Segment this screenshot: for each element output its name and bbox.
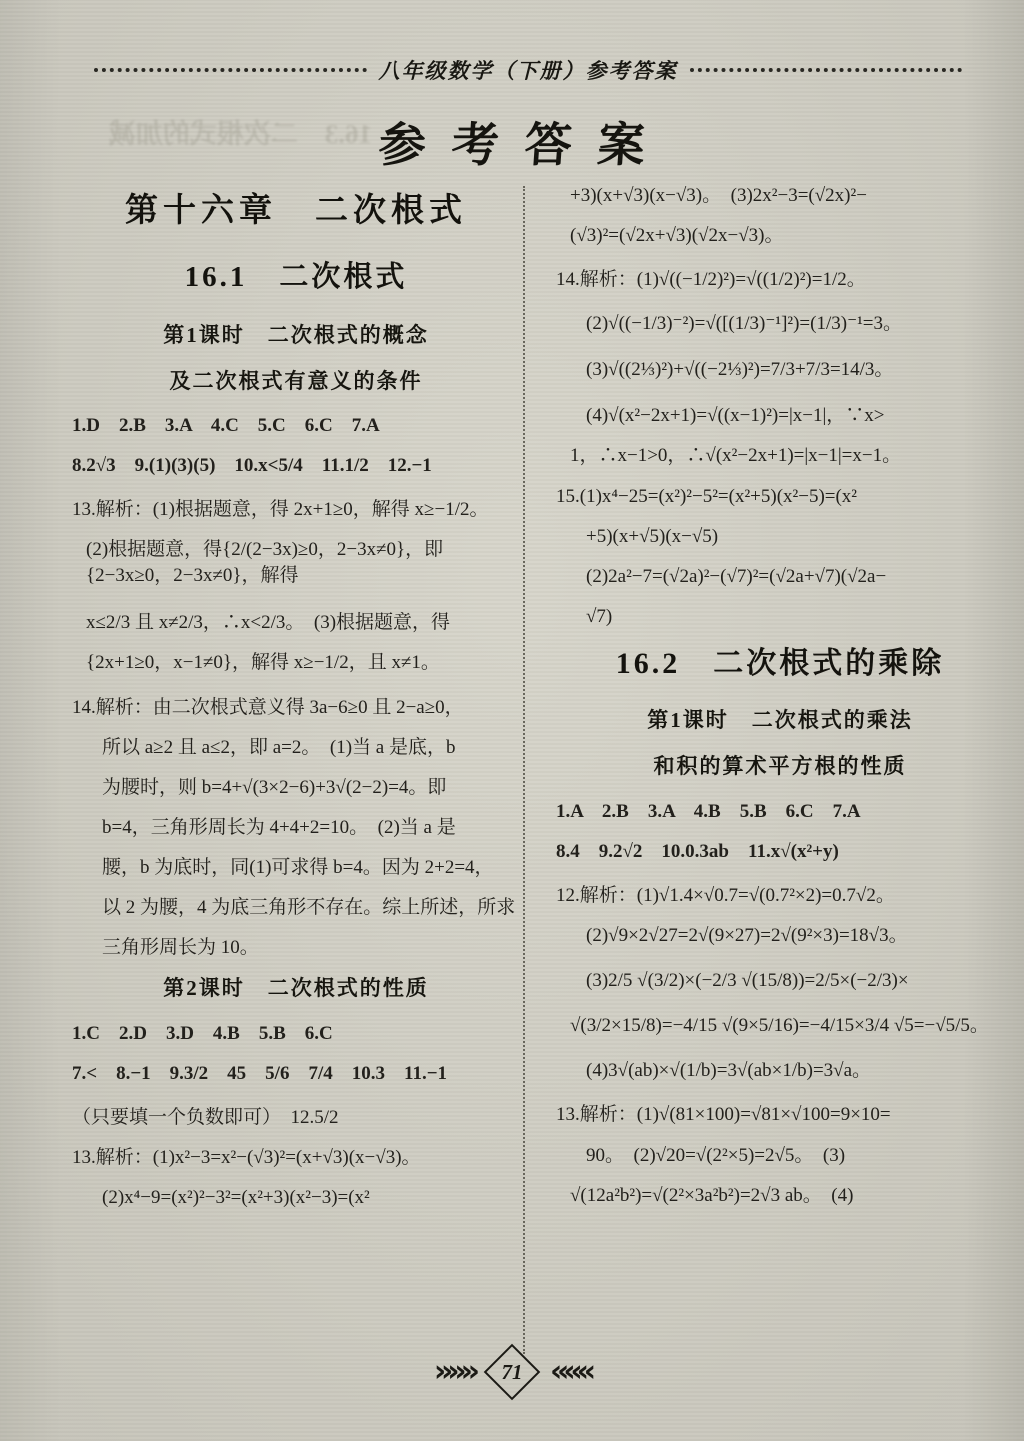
answer-line: {2x+1≥0，x−1≠0}，解得 x≥−1/2，且 x≠1。 bbox=[72, 650, 520, 675]
answer-line: 7.< 8.−1 9.3/2 45 5/6 7/4 10.3 11.−1 bbox=[72, 1061, 520, 1086]
answer-line: (√3)²=(√2x+√3)(√2x−√3)。 bbox=[556, 223, 1004, 248]
answer-line: 14.解析：(1)√((−1/2)²)=√((1/2)²)=1/2。 bbox=[556, 267, 1004, 292]
answer-line: (3)√((2⅓)²)+√((−2⅓)²)=7/3+7/3=14/3。 bbox=[556, 357, 1004, 382]
answer-line: (2)√((−1/3)⁻²)=√([(1/3)⁻¹]²)=(1/3)⁻¹=3。 bbox=[556, 311, 1004, 336]
workbook-page: 16.3 二次根式的加减 八年级数学（下册）参考答案 参考答案 第十六章 二次根… bbox=[0, 0, 1024, 1441]
answer-line: √(3/2×15/8)=−4/15 √(9×5/16)=−4/15×3/4 √5… bbox=[556, 1013, 1004, 1038]
page-header-banner: 八年级数学（下册）参考答案 bbox=[88, 56, 968, 84]
answer-line: (2)√9×2√27=2√(9×27)=2√(9²×3)=18√3。 bbox=[556, 923, 1004, 948]
chevrons-left-icon: ««« bbox=[542, 1357, 590, 1387]
answer-line: +3)(x+√3)(x−√3)。 (3)2x²−3=(√2x)²− bbox=[556, 183, 1004, 208]
answer-line: (4)3√(ab)×√(1/b)=3√(ab×1/b)=3√a。 bbox=[556, 1058, 1004, 1083]
answer-line: 13.解析：(1)√(81×100)=√81×√100=9×10= bbox=[556, 1102, 1004, 1127]
answer-line: 三角形周长为 10。 bbox=[72, 935, 520, 960]
answer-line: 1.A 2.B 3.A 4.B 5.B 6.C 7.A bbox=[556, 799, 1004, 824]
rope-rule-right bbox=[690, 68, 963, 72]
lesson-2-title: 第2课时 二次根式的性质 bbox=[72, 975, 520, 1003]
answer-line: 15.(1)x⁴−25=(x²)²−5²=(x²+5)(x²−5)=(x² bbox=[556, 484, 1004, 509]
answer-line: 13.解析：(1)x²−3=x²−(√3)²=(x+√3)(x−√3)。 bbox=[72, 1145, 520, 1170]
answer-line: x≤2/3 且 x≠2/3，∴x<2/3。 (3)根据题意，得 bbox=[72, 610, 520, 635]
right-column: +3)(x+√3)(x−√3)。 (3)2x²−3=(√2x)²− (√3)²=… bbox=[556, 183, 1004, 1223]
lesson-1-subtitle: 和积的算术平方根的性质 bbox=[556, 753, 1004, 781]
answer-line: 8.2√3 9.(1)(3)(5) 10.x<5/4 11.1/2 12.−1 bbox=[72, 453, 520, 478]
answer-line: 8.4 9.2√2 10.0.3ab 11.x√(x²+y) bbox=[556, 839, 1004, 864]
answer-line: 腰，b 为底时，同(1)可求得 b=4。因为 2+2=4， bbox=[72, 855, 520, 880]
answer-line: 1，∴x−1>0，∴√(x²−2x+1)=|x−1|=x−1。 bbox=[556, 443, 1004, 468]
lesson-1-subtitle: 及二次根式有意义的条件 bbox=[72, 368, 520, 396]
column-divider bbox=[523, 186, 525, 1354]
answer-line: 13.解析：(1)根据题意，得 2x+1≥0，解得 x≥−1/2。 bbox=[72, 497, 520, 522]
answer-line: 为腰时，则 b=4+√(3×2−6)+3√(2−2)=4。即 bbox=[72, 775, 520, 800]
section-title-16-2: 16.2 二次根式的乘除 bbox=[556, 644, 1004, 684]
answer-line: 所以 a≥2 且 a≤2，即 a=2。 (1)当 a 是底，b bbox=[72, 735, 520, 760]
answer-line: 12.解析：(1)√1.4×√0.7=√(0.7²×2)=0.7√2。 bbox=[556, 883, 1004, 908]
answer-line: (2)x⁴−9=(x²)²−3²=(x²+3)(x²−3)=(x² bbox=[72, 1185, 520, 1210]
lesson-1-title: 第1课时 二次根式的概念 bbox=[72, 322, 520, 350]
chapter-title: 第十六章 二次根式 bbox=[72, 190, 520, 234]
answer-line: 90。 (2)√20=√(2²×5)=2√5。 (3) bbox=[556, 1143, 1004, 1168]
answer-line: (4)√(x²−2x+1)=√((x−1)²)=|x−1|，∵x> bbox=[556, 403, 1004, 428]
answer-line: 以 2 为腰，4 为底三角形不存在。综上所述，所求 bbox=[72, 895, 520, 920]
answer-line: 1.C 2.D 3.D 4.B 5.B 6.C bbox=[72, 1021, 520, 1046]
chevrons-right-icon: »»» bbox=[434, 1357, 482, 1387]
section-title-16-1: 16.1 二次根式 bbox=[72, 258, 520, 296]
answer-line: (2)2a²−7=(√2a)²−(√7)²=(√2a+√7)(√2a− bbox=[556, 564, 1004, 589]
page-number: 71 bbox=[502, 1360, 523, 1385]
answer-line: 1.D 2.B 3.A 4.C 5.C 6.C 7.A bbox=[72, 413, 520, 438]
lesson-1-title: 第1课时 二次根式的乘法 bbox=[556, 707, 1004, 735]
answer-line: (2)根据题意，得{2/(2−3x)≥0，2−3x≠0}，即{2−3x≥0，2−… bbox=[72, 537, 520, 587]
rope-rule-left bbox=[94, 68, 367, 72]
page-number-diamond: 71 bbox=[484, 1344, 541, 1401]
answer-line: （只要填一个负数即可） 12.5/2 bbox=[72, 1105, 520, 1130]
page-title: 参考答案 bbox=[0, 108, 1024, 175]
answer-line: 14.解析：由二次根式意义得 3a−6≥0 且 2−a≥0， bbox=[72, 695, 520, 720]
running-title: 八年级数学（下册）参考答案 bbox=[373, 55, 684, 85]
page-footer: »»» 71 ««« bbox=[0, 1352, 1024, 1392]
answer-line: (3)2/5 √(3/2)×(−2/3 √(15/8))=2/5×(−2/3)× bbox=[556, 968, 1004, 993]
left-column: 第十六章 二次根式 16.1 二次根式 第1课时 二次根式的概念 及二次根式有意… bbox=[72, 190, 520, 1225]
answer-line: +5)(x+√5)(x−√5) bbox=[556, 524, 1004, 549]
answer-line: b=4，三角形周长为 4+4+2=10。 (2)当 a 是 bbox=[72, 815, 520, 840]
answer-line: √7) bbox=[556, 604, 1004, 629]
answer-line: √(12a²b²)=√(2²×3a²b²)=2√3 ab。 (4) bbox=[556, 1183, 1004, 1208]
